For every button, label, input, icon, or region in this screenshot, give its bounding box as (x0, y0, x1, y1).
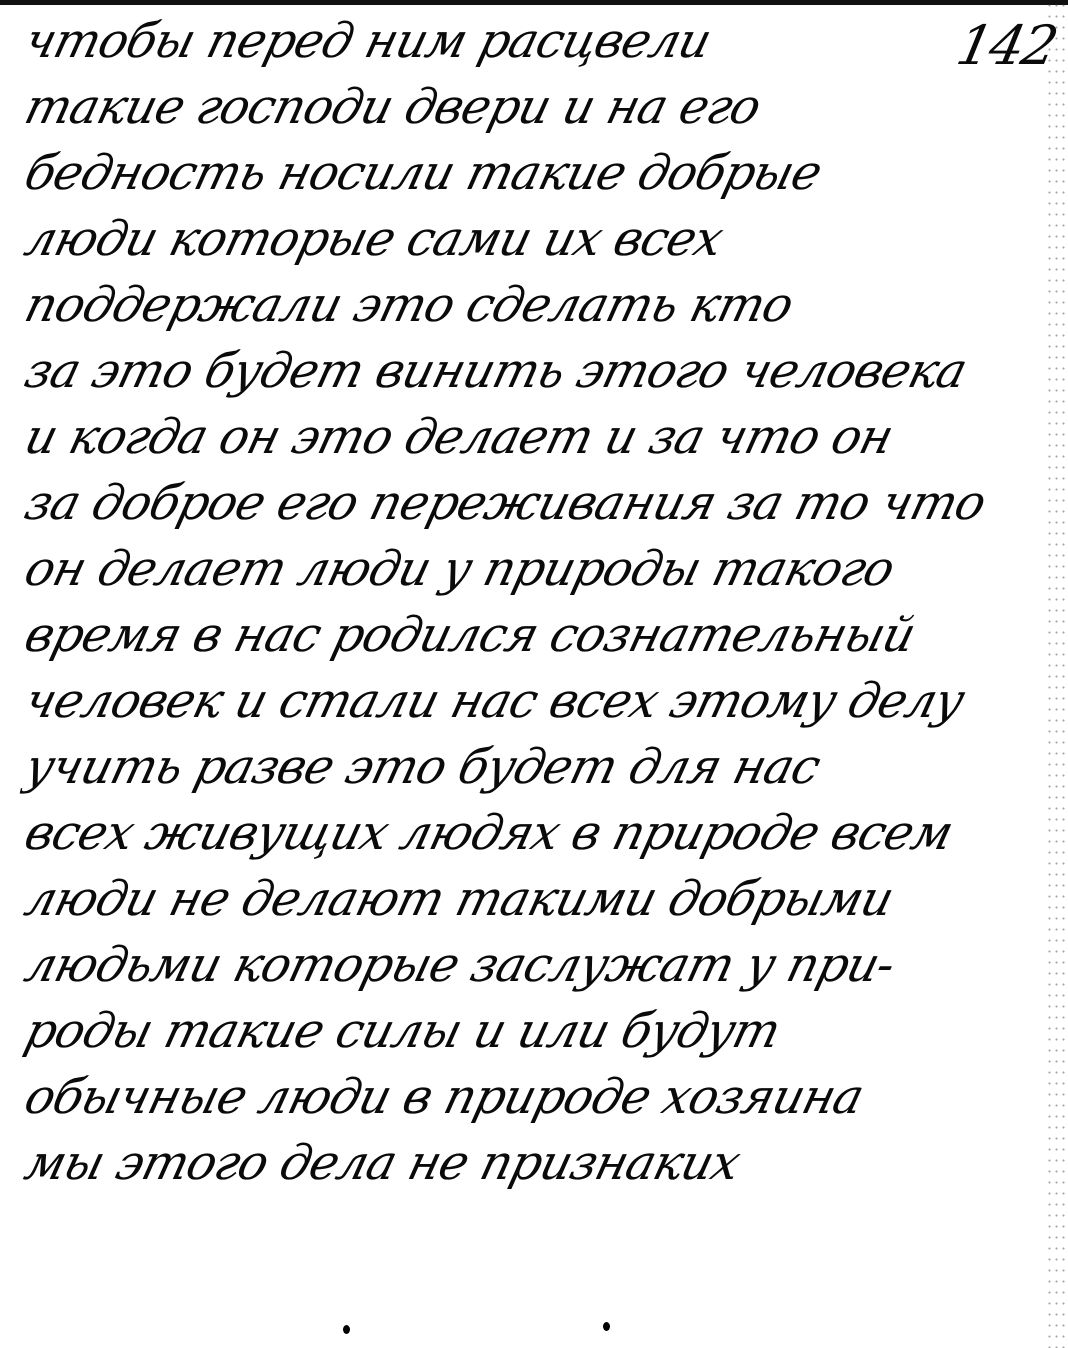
text-line: он делает люди у природы такого (18, 536, 1044, 602)
text-line: поддержали это сделать кто (18, 272, 1044, 338)
text-line: мы этого дела не признаких (18, 1130, 1044, 1196)
text-line: человек и стали нас всех этому делу (18, 668, 1044, 734)
text-line: и когда он это делает и за что он (18, 404, 1044, 470)
text-line: за это будет винить этого человека (18, 338, 1044, 404)
text-line: всех живущих людях в природе всем (18, 800, 1044, 866)
ink-dot (603, 1322, 610, 1331)
text-line: обычные люди в природе хозяина (18, 1064, 1044, 1130)
text-line: время в нас родился сознательный (18, 602, 1044, 668)
scan-right-edge-noise (1046, 0, 1068, 1348)
text-line: люди не делают такими добрыми (18, 866, 1044, 932)
scan-top-border (0, 0, 1068, 5)
text-line: люди которые сами их всех (18, 206, 1044, 272)
text-line: чтобы перед ним расцвели (18, 8, 1044, 74)
text-line: людьми которые заслужат у при- (18, 932, 1044, 998)
text-line: бедность носили такие добрые (18, 140, 1044, 206)
ink-dot (343, 1325, 350, 1334)
text-line: такие господи двери и на его (18, 74, 1044, 140)
text-line: учить разве это будет для нас (18, 734, 1044, 800)
text-line: роды такие силы и или будут (18, 998, 1044, 1064)
handwritten-text: чтобы перед ним расцвели такие господи д… (18, 8, 1028, 1196)
text-line: за доброе его переживания за то что (18, 470, 1044, 536)
